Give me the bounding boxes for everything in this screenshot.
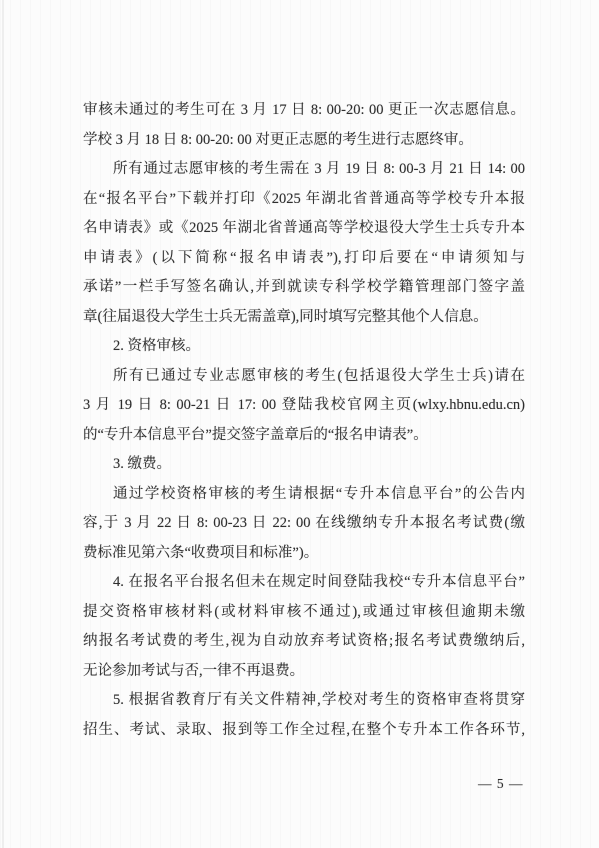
- text-line: 2. 资格审核。: [83, 332, 525, 362]
- page-number: — 5 —: [478, 774, 524, 794]
- text-line: 费标准见第六条“收费项目和标准”)。: [83, 539, 525, 569]
- text-line: 无论参加考试与否,一律不再退费。: [83, 657, 525, 687]
- text-line: 承诺”一栏手写签名确认,并到就读专科学校学籍管理部门签字盖: [83, 273, 525, 303]
- text-line: 纳报名考试费的考生,视为自动放弃考试资格;报名考试费缴纳后,: [83, 627, 525, 657]
- text-line: 通过学校资格审核的考生请根据“专升本信息平台”的公告内: [83, 480, 525, 510]
- text-line: 招生、考试、录取、报到等工作全过程,在整个专升本工作各环节,: [83, 716, 525, 746]
- text-line: 名申请表》或《2025 年湖北省普通高等学校退役大学生士兵专升本: [83, 214, 525, 244]
- text-line: 所有已通过专业志愿审核的考生(包括退役大学生士兵)请在: [83, 362, 525, 392]
- text-line: 申请表》(以下简称“报名申请表”),打印后要在“申请须知与: [83, 244, 525, 274]
- text-line: 3 月 19 日 8: 00-21 日 17: 00 登陆我校官网主页(wlxy…: [83, 391, 525, 421]
- scan-edge-artifact: [2, 0, 4, 848]
- scanned-document-page: 审核未通过的考生可在 3 月 17 日 8: 00-20: 00 更正一次志愿信…: [0, 0, 599, 848]
- text-line: 容,于 3 月 22 日 8: 00-23 日 22: 00 在线缴纳专升本报名…: [83, 509, 525, 539]
- text-line: 4. 在报名平台报名但未在规定时间登陆我校“专升本信息平台”: [83, 568, 525, 598]
- text-line: 5. 根据省教育厅有关文件精神,学校对考生的资格审查将贯穿: [83, 686, 525, 716]
- document-body-text: 审核未通过的考生可在 3 月 17 日 8: 00-20: 00 更正一次志愿信…: [83, 96, 525, 745]
- text-line: 审核未通过的考生可在 3 月 17 日 8: 00-20: 00 更正一次志愿信…: [83, 96, 525, 126]
- text-line: 学校 3 月 18 日 8: 00-20: 00 对更正志愿的考生进行志愿终审。: [83, 126, 525, 156]
- text-line: 提交资格审核材料(或材料审核不通过),或通过审核但逾期未缴: [83, 598, 525, 628]
- text-line: 所有通过志愿审核的考生需在 3 月 19 日 8: 00-3 月 21 日 14…: [83, 155, 525, 185]
- text-line: 的“专升本信息平台”提交签字盖章后的“报名申请表”。: [83, 421, 525, 451]
- text-line: 在“报名平台”下载并打印《2025 年湖北省普通高等学校专升本报: [83, 185, 525, 215]
- text-line: 3. 缴费。: [83, 450, 525, 480]
- text-line: 章(往届退役大学生士兵无需盖章),同时填写完整其他个人信息。: [83, 303, 525, 333]
